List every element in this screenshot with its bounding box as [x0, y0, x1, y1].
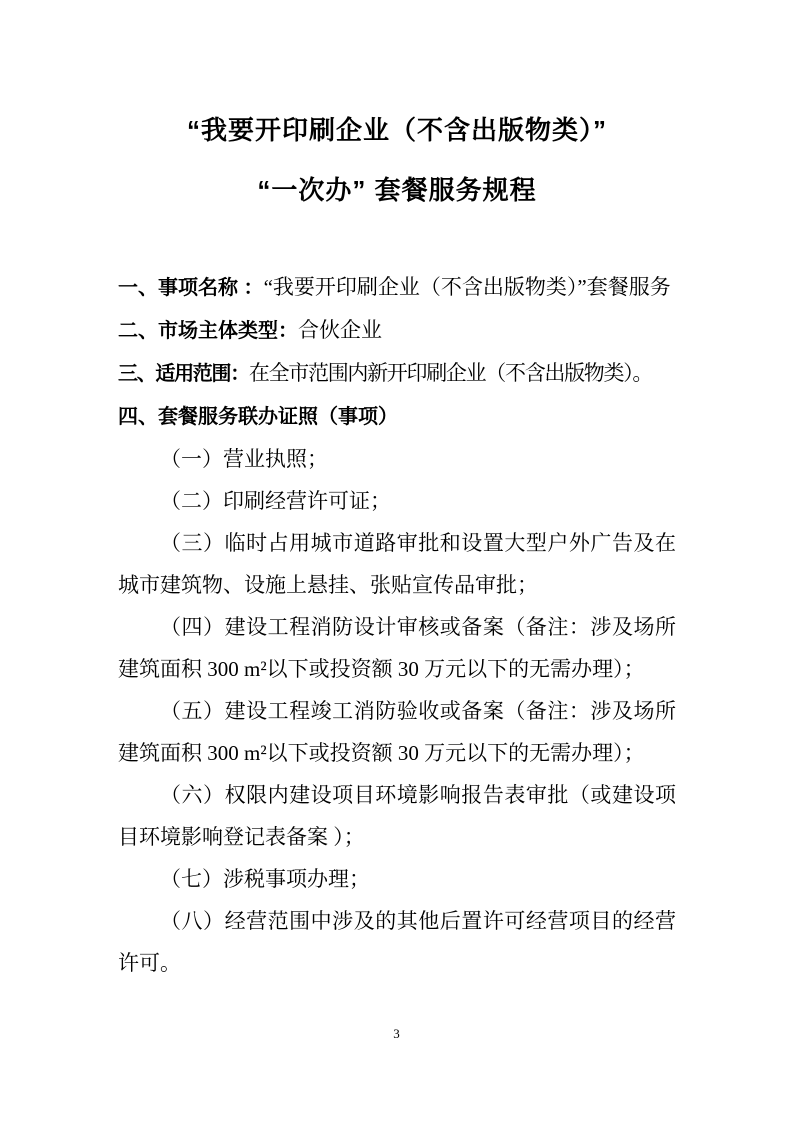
section-entity-type-label: 二、市场主体类型：: [118, 320, 298, 342]
list-item-5: （五）建设工程竣工消防验收或备案（备注：涉及场所建筑面积 300 m²以下或投资…: [118, 690, 676, 774]
document-page: “我要开印刷企业（不含出版物类）” “一次办” 套餐服务规程 一、事项名称 ：“…: [0, 0, 793, 1122]
list-item-1: （一）营业执照；: [118, 438, 676, 480]
list-item-4: （四）建设工程消防设计审核或备案（备注：涉及场所建筑面积 300 m²以下或投资…: [118, 606, 676, 690]
section-item-name-label: 一、事项名称 ：: [118, 277, 264, 299]
list-item-3: （三）临时占用城市道路审批和设置大型户外广告及在城市建筑物、设施上悬挂、张贴宣传…: [118, 522, 676, 606]
title-line-2: “一次办” 套餐服务规程: [118, 160, 676, 220]
document-title: “我要开印刷企业（不含出版物类）” “一次办” 套餐服务规程: [118, 100, 676, 220]
title-line-1: “我要开印刷企业（不含出版物类）”: [118, 100, 676, 160]
list-item-6: （六）权限内建设项目环境影响报告表审批（或建设项目环境影响登记表备案 ）；: [118, 774, 676, 858]
section-entity-type-value: 合伙企业: [298, 318, 382, 342]
section-licenses-heading-label: 四、套餐服务联办证照（事项）: [118, 406, 398, 428]
section-licenses-heading: 四、套餐服务联办证照（事项）: [118, 395, 676, 438]
section-entity-type: 二、市场主体类型：合伙企业: [118, 309, 676, 352]
section-scope: 三、适用范围：在全市范围内新开印刷企业（不含出版物类）。: [118, 352, 676, 395]
page-number: 3: [0, 1026, 793, 1042]
section-scope-label: 三、适用范围：: [118, 363, 249, 385]
list-item-2: （二）印刷经营许可证；: [118, 480, 676, 522]
list-item-8: （八）经营范围中涉及的其他后置许可经营项目的经营许可。: [118, 900, 676, 984]
document-body: 一、事项名称 ：“我要开印刷企业（不含出版物类）”套餐服务 二、市场主体类型：合…: [118, 266, 676, 984]
section-scope-value: 在全市范围内新开印刷企业（不含出版物类）。: [249, 361, 652, 385]
list-item-7: （七）涉税事项办理；: [118, 858, 676, 900]
section-item-name-value: “我要开印刷企业（不含出版物类）”套餐服务: [264, 275, 671, 299]
section-item-name: 一、事项名称 ：“我要开印刷企业（不含出版物类）”套餐服务: [118, 266, 676, 309]
